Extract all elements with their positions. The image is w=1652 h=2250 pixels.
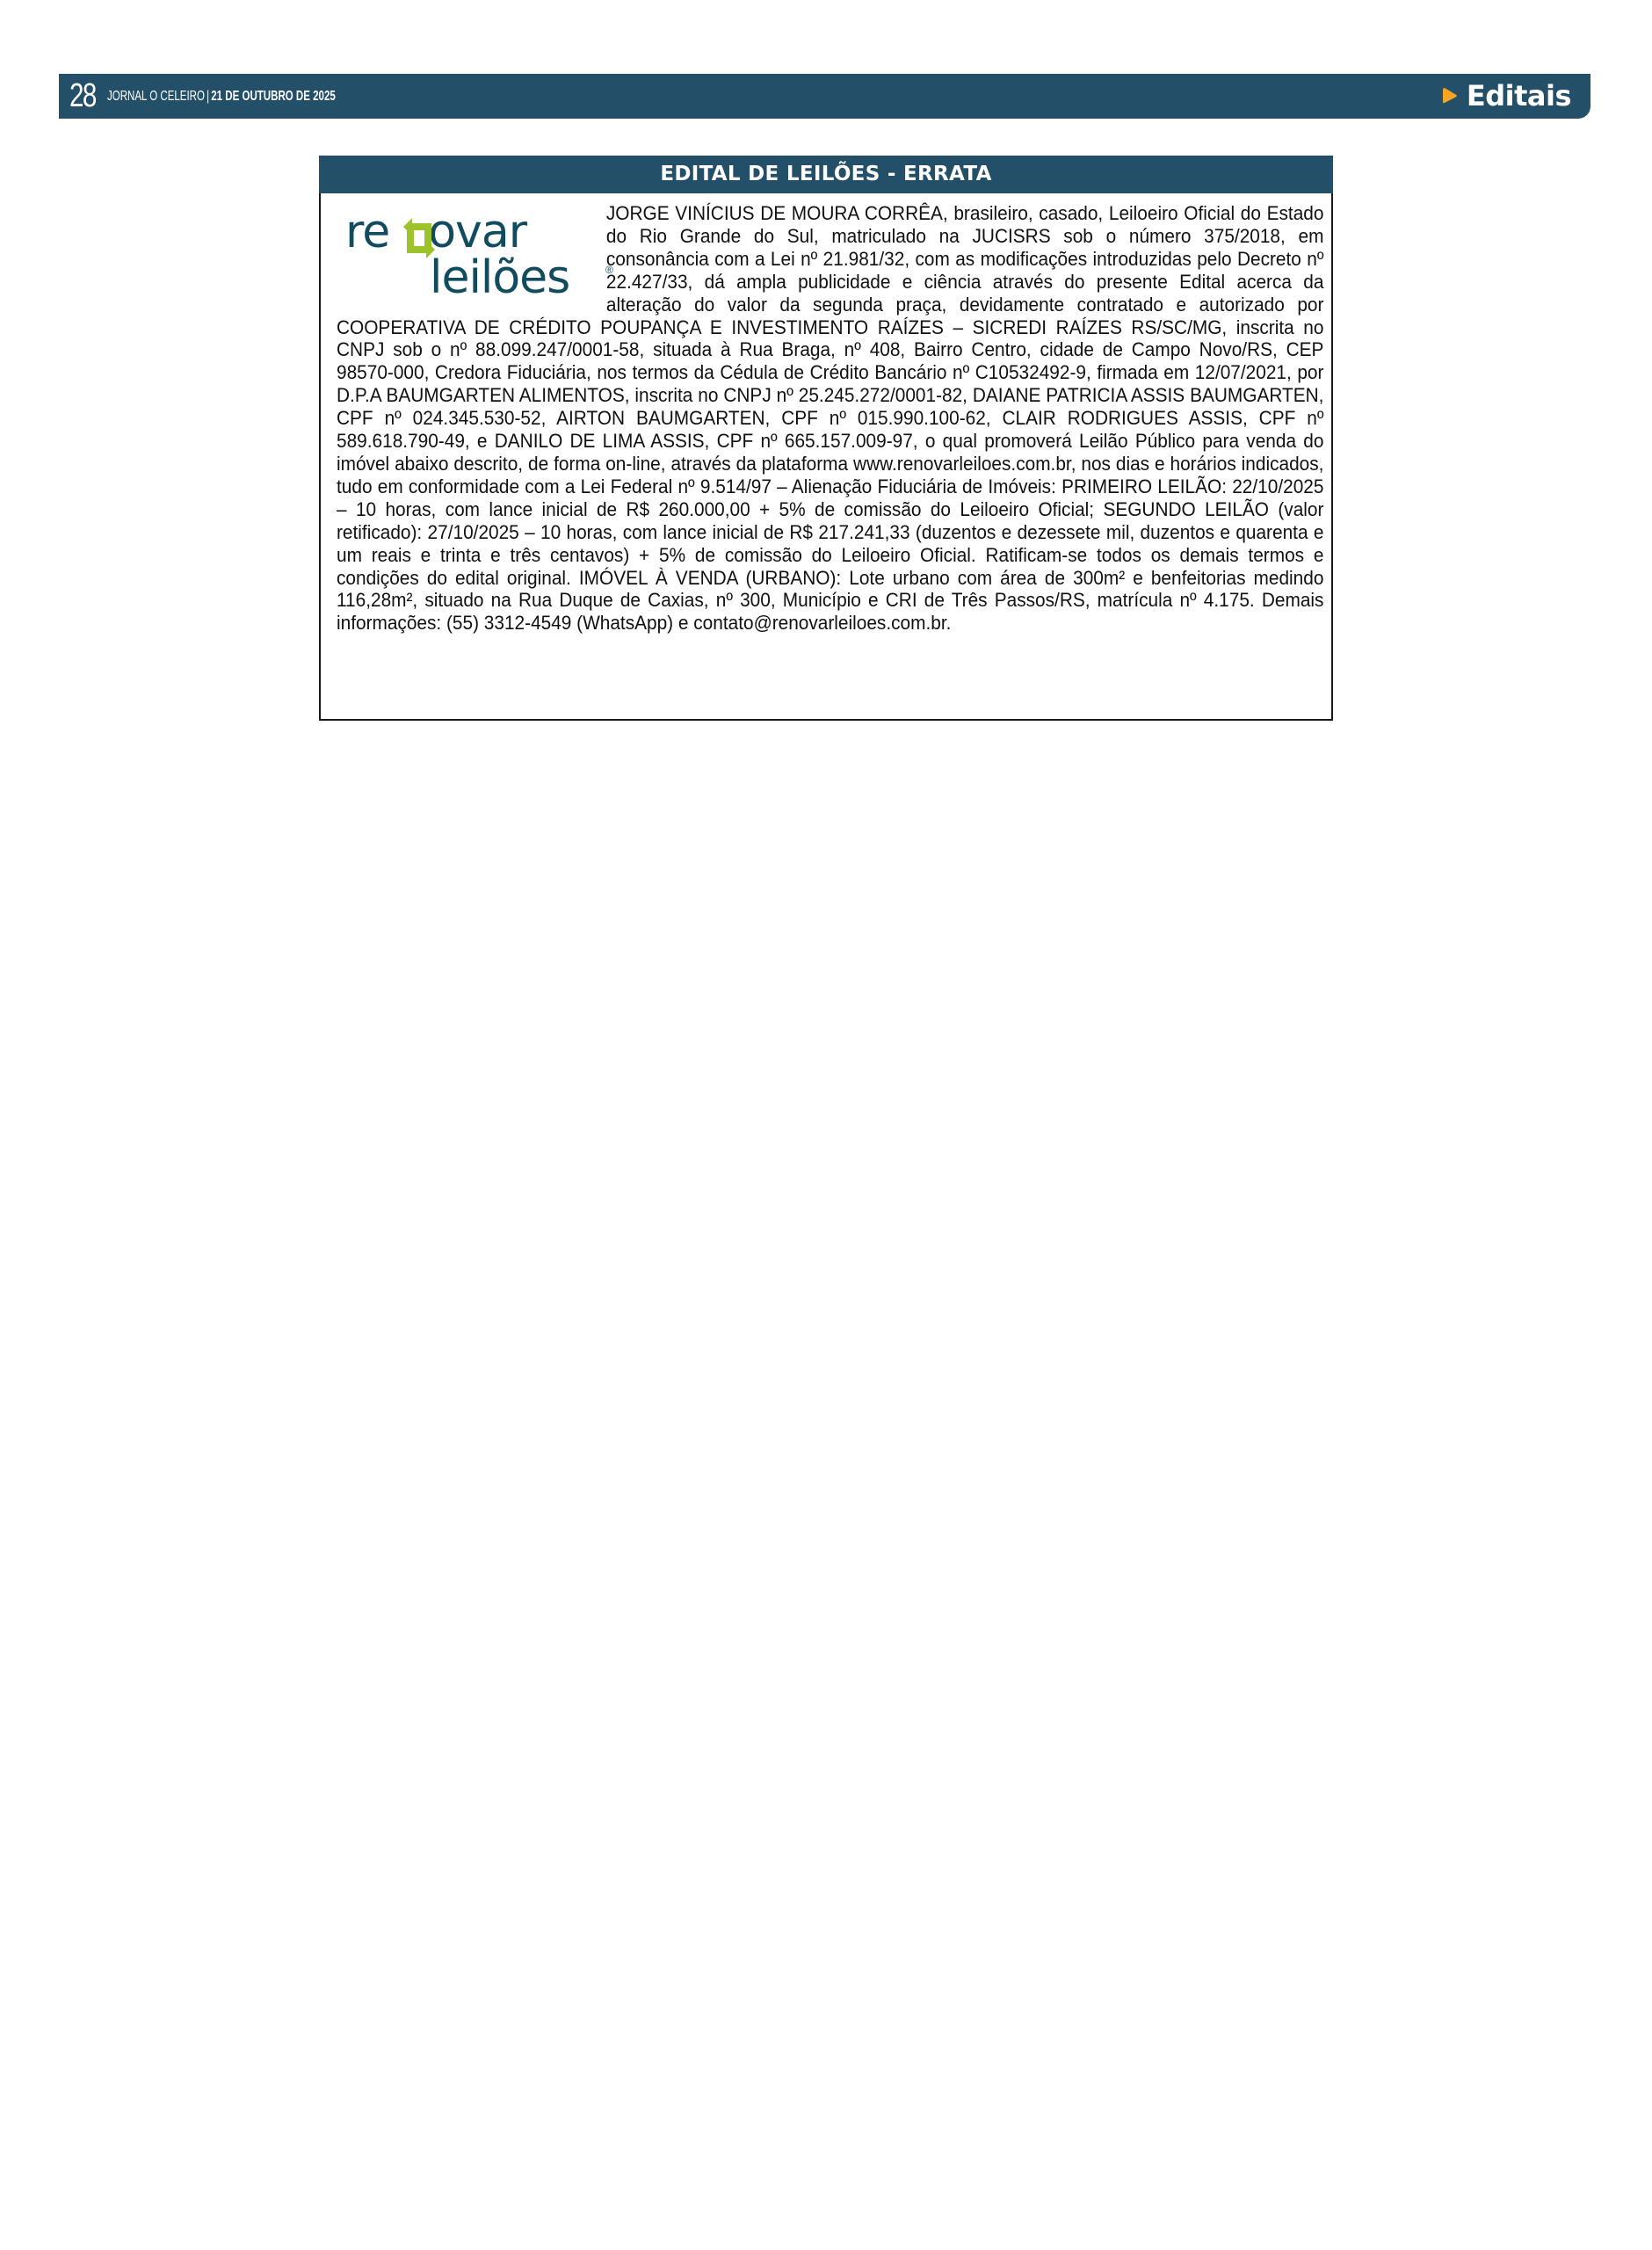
newspaper-name: JORNAL O CELEIRO [107, 89, 205, 104]
edital-title: EDITAL DE LEILÕES - ERRATA [319, 156, 1333, 193]
edital-notice-box: EDITAL DE LEILÕES - ERRATA reovar leilõe… [319, 156, 1333, 721]
masthead-separator: | [206, 89, 209, 104]
section-label: Editais [1467, 79, 1571, 112]
play-triangle-icon [1442, 86, 1458, 105]
page-header-bar: 28 JORNAL O CELEIRO|21 DE OUTUBRO DE 202… [59, 74, 1590, 119]
edital-body-text: JORGE VINÍCIUS DE MOURA CORRÊA, brasilei… [337, 202, 1323, 635]
page-number: 28 [69, 76, 96, 115]
issue-date: 21 DE OUTUBRO DE 2025 [211, 89, 335, 104]
section-tag: Editais [1442, 79, 1571, 112]
edital-body: reovar leilões ® JORGE VINÍCIUS DE MOURA… [321, 193, 1331, 635]
masthead: JORNAL O CELEIRO|21 DE OUTUBRO DE 2025 [107, 87, 336, 106]
